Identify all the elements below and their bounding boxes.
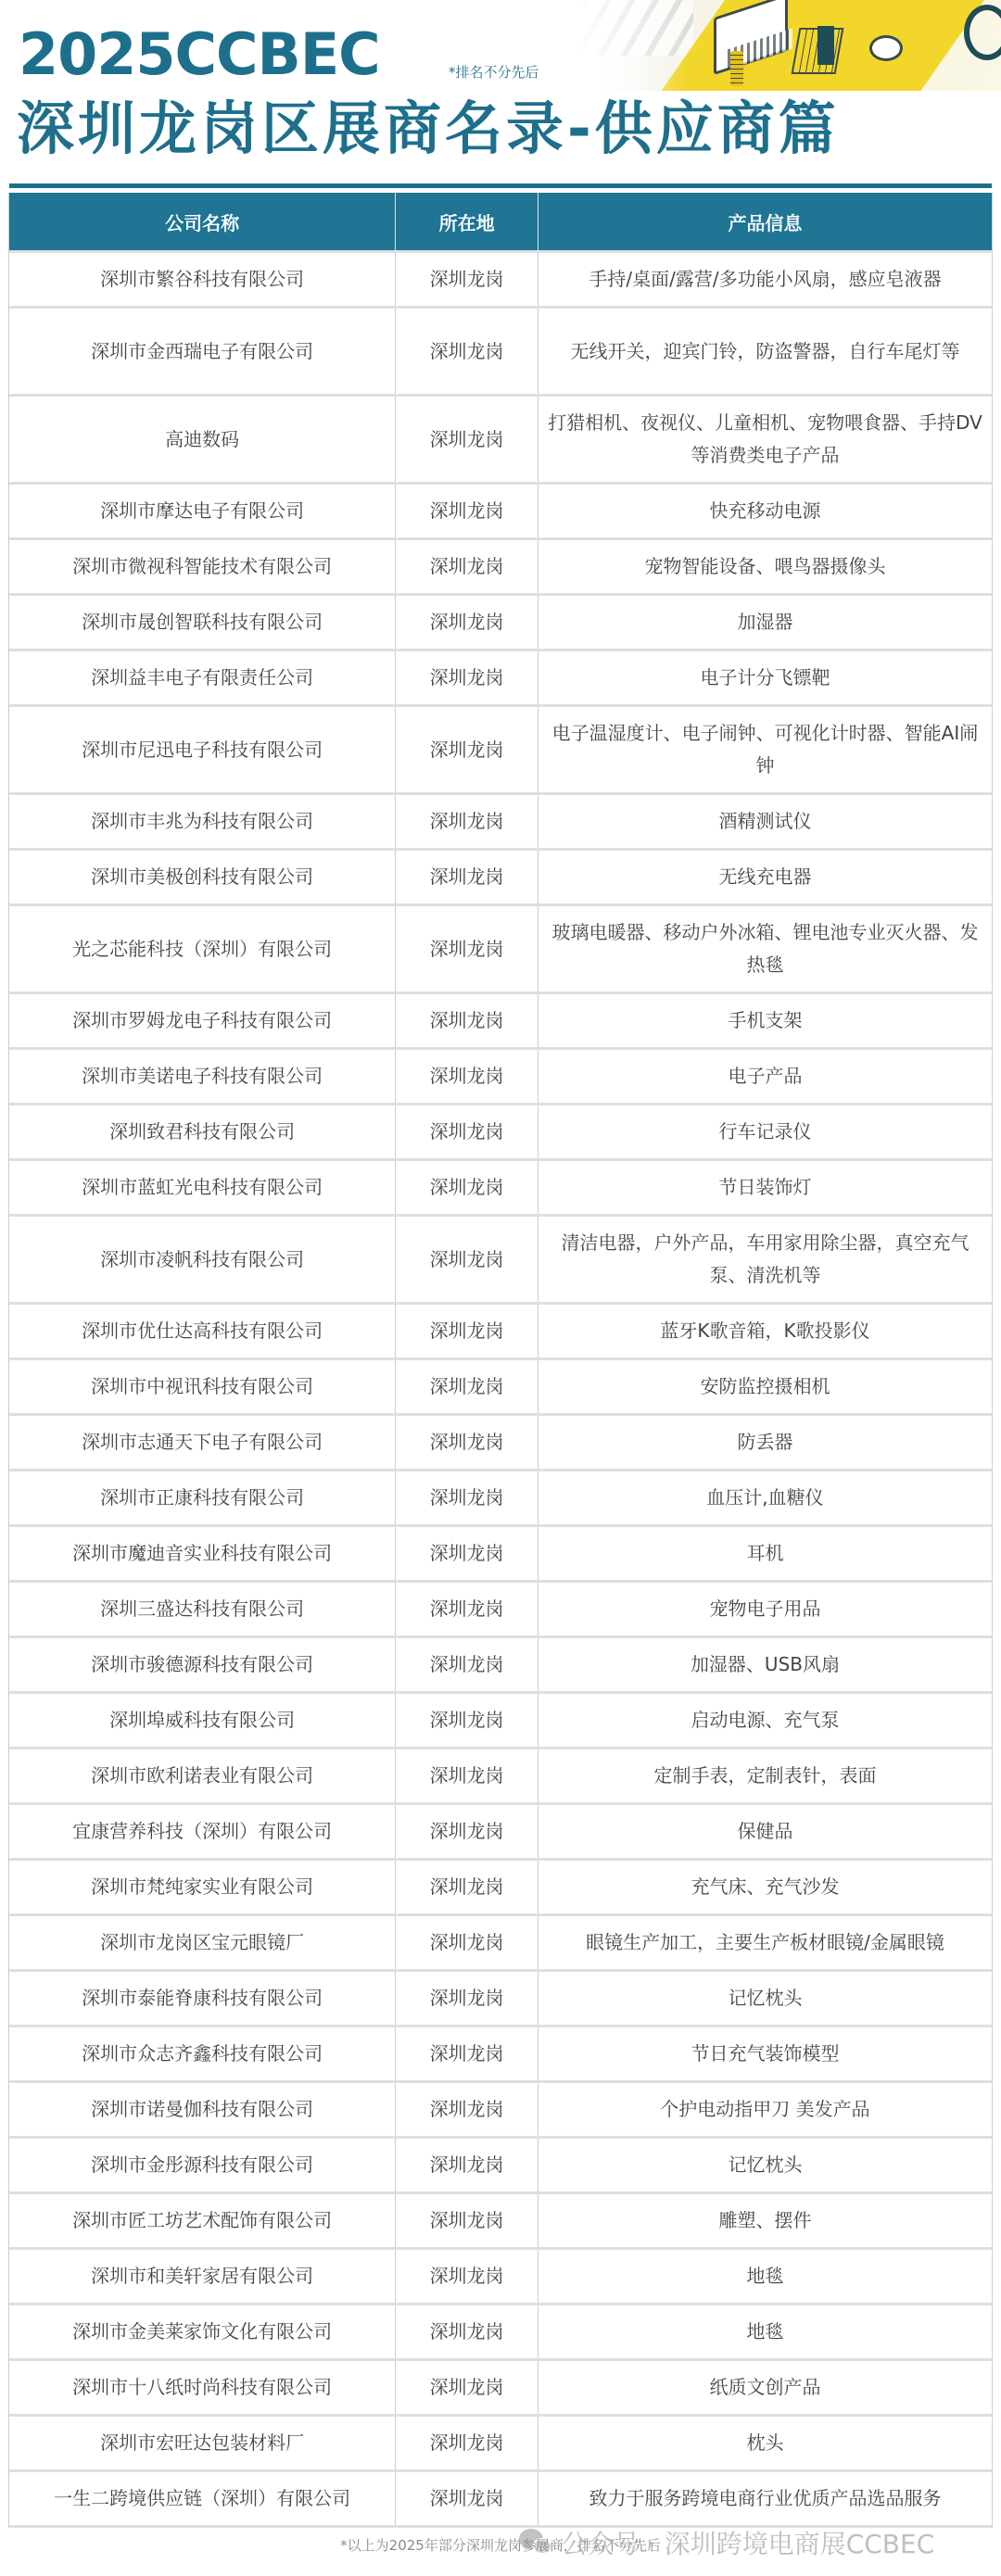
location-cell: 深圳龙岗	[396, 906, 539, 991]
location-cell: 深圳龙岗	[396, 1638, 539, 1691]
exhibitor-table: 公司名称 所在地 产品信息 深圳市繁谷科技有限公司深圳龙岗手持/桌面/露营/多功…	[8, 193, 993, 2528]
table-row: 深圳市金彤源科技有限公司深圳龙岗记忆枕头	[9, 2136, 992, 2191]
table-row: 深圳市金美莱家饰文化有限公司深圳龙岗地毯	[9, 2303, 992, 2358]
table-row: 深圳市尼迅电子科技有限公司深圳龙岗电子温湿度计、电子闹钟、可视化计时器、智能AI…	[9, 704, 992, 792]
location-cell: 深圳龙岗	[396, 1527, 539, 1580]
table-row: 深圳市魔迪音实业科技有限公司深圳龙岗耳机	[9, 1524, 992, 1580]
location-cell: 深圳龙岗	[396, 1161, 539, 1214]
title-english: 2025CCBEC	[19, 26, 380, 83]
products-cell: 手机支架	[539, 994, 992, 1047]
table-row: 深圳益丰电子有限责任公司深圳龙岗电子计分飞镖靶	[9, 649, 992, 704]
table-body: 深圳市繁谷科技有限公司深圳龙岗手持/桌面/露营/多功能小风扇，感应皂液器深圳市金…	[9, 250, 992, 2525]
location-cell: 深圳龙岗	[396, 1105, 539, 1158]
company-cell: 深圳市繁谷科技有限公司	[9, 253, 396, 306]
location-cell: 深圳龙岗	[396, 2305, 539, 2358]
products-cell: 蓝牙K歌音箱，K歌投影仪	[539, 1305, 992, 1357]
table-row: 深圳市金西瑞电子有限公司深圳龙岗无线开关，迎宾门铃，防盗警器，自行车尾灯等	[9, 306, 992, 394]
table-row: 深圳市凌帆科技有限公司深圳龙岗清洁电器，户外产品，车用家用除尘器，真空充气泵、清…	[9, 1214, 992, 1302]
products-cell: 枕头	[539, 2417, 992, 2469]
company-cell: 深圳市优仕达高科技有限公司	[9, 1305, 396, 1357]
table-header: 公司名称 所在地 产品信息	[9, 193, 992, 250]
table-row: 深圳市梵纯家实业有限公司深圳龙岗充气床、充气沙发	[9, 1858, 992, 1913]
company-cell: 深圳市骏德源科技有限公司	[9, 1638, 396, 1691]
products-cell: 雕塑、摆件	[539, 2194, 992, 2247]
products-cell: 加湿器、USB风扇	[539, 1638, 992, 1691]
table-row: 高迪数码深圳龙岗打猎相机、夜视仪、儿童相机、宠物喂食器、手持DV等消费类电子产品	[9, 394, 992, 482]
rank-note: *排名不分先后	[449, 62, 539, 82]
location-cell: 深圳龙岗	[396, 1972, 539, 2025]
products-cell: 节日装饰灯	[539, 1161, 992, 1214]
company-cell: 深圳市中视讯科技有限公司	[9, 1360, 396, 1413]
table-row: 深圳市繁谷科技有限公司深圳龙岗手持/桌面/露营/多功能小风扇，感应皂液器	[9, 250, 992, 306]
company-cell: 深圳益丰电子有限责任公司	[9, 651, 396, 704]
location-cell: 深圳龙岗	[396, 1305, 539, 1357]
location-cell: 深圳龙岗	[396, 2083, 539, 2136]
table-row: 深圳市骏德源科技有限公司深圳龙岗加湿器、USB风扇	[9, 1635, 992, 1691]
table-row: 深圳市和美轩家居有限公司深圳龙岗地毯	[9, 2247, 992, 2303]
products-cell: 加湿器	[539, 596, 992, 649]
location-cell: 深圳龙岗	[396, 540, 539, 593]
hero-banner: 2025CCBEC *排名不分先后 深圳龙岗区展商名录-供应商篇	[0, 0, 1001, 185]
products-cell: 纸质文创产品	[539, 2361, 992, 2414]
location-cell: 深圳龙岗	[396, 397, 539, 482]
products-cell: 个护电动指甲刀 美发产品	[539, 2083, 992, 2136]
table-row: 宜康营养科技（深圳）有限公司深圳龙岗保健品	[9, 1802, 992, 1858]
products-cell: 无线充电器	[539, 851, 992, 903]
company-cell: 深圳市晟创智联科技有限公司	[9, 596, 396, 649]
table-row: 深圳市罗姆龙电子科技有限公司深圳龙岗手机支架	[9, 991, 992, 1047]
company-cell: 深圳市尼迅电子科技有限公司	[9, 707, 396, 792]
products-cell: 致力于服务跨境电商行业优质产品选品服务	[539, 2472, 992, 2525]
location-cell: 深圳龙岗	[396, 651, 539, 704]
products-cell: 电子温湿度计、电子闹钟、可视化计时器、智能AI闹钟	[539, 707, 992, 792]
megaphone-icon	[869, 35, 903, 61]
company-cell: 深圳市志通天下电子有限公司	[9, 1416, 396, 1469]
products-cell: 无线开关，迎宾门铃，防盗警器，自行车尾灯等	[539, 309, 992, 394]
products-cell: 地毯	[539, 2250, 992, 2303]
location-cell: 深圳龙岗	[396, 994, 539, 1047]
location-cell: 深圳龙岗	[396, 795, 539, 848]
company-cell: 深圳市美极创科技有限公司	[9, 851, 396, 903]
column-header-location: 所在地	[396, 193, 539, 250]
company-cell: 深圳市蓝虹光电科技有限公司	[9, 1161, 396, 1214]
table-row: 深圳市美极创科技有限公司深圳龙岗无线充电器	[9, 848, 992, 903]
products-cell: 地毯	[539, 2305, 992, 2358]
location-cell: 深圳龙岗	[396, 1217, 539, 1302]
company-cell: 深圳市龙岗区宝元眼镜厂	[9, 1916, 396, 1969]
location-cell: 深圳龙岗	[396, 1360, 539, 1413]
location-cell: 深圳龙岗	[396, 1694, 539, 1747]
company-cell: 深圳市金彤源科技有限公司	[9, 2139, 396, 2191]
company-cell: 深圳埠威科技有限公司	[9, 1694, 396, 1747]
location-cell: 深圳龙岗	[396, 1050, 539, 1103]
company-cell: 深圳市正康科技有限公司	[9, 1471, 396, 1524]
company-cell: 深圳市摩达电子有限公司	[9, 485, 396, 537]
company-cell: 深圳致君科技有限公司	[9, 1105, 396, 1158]
footnote: *以上为2025年部分深圳龙岗参展商，排名不分先后	[0, 2535, 1001, 2555]
products-cell: 防丢器	[539, 1416, 992, 1469]
products-cell: 眼镜生产加工，主要生产板材眼镜/金属眼镜	[539, 1916, 992, 1969]
location-cell: 深圳龙岗	[396, 2417, 539, 2469]
table-row: 深圳市众志齐鑫科技有限公司深圳龙岗节日充气装饰模型	[9, 2025, 992, 2080]
company-cell: 高迪数码	[9, 397, 396, 482]
location-cell: 深圳龙岗	[396, 2139, 539, 2191]
table-row: 深圳市晟创智联科技有限公司深圳龙岗加湿器	[9, 593, 992, 649]
products-cell: 快充移动电源	[539, 485, 992, 537]
company-cell: 深圳市美诺电子科技有限公司	[9, 1050, 396, 1103]
products-cell: 打猎相机、夜视仪、儿童相机、宠物喂食器、手持DV等消费类电子产品	[539, 397, 992, 482]
company-cell: 一生二跨境供应链（深圳）有限公司	[9, 2472, 396, 2525]
table-row: 深圳市匠工坊艺术配饰有限公司深圳龙岗雕塑、摆件	[9, 2191, 992, 2247]
company-cell: 深圳市魔迪音实业科技有限公司	[9, 1527, 396, 1580]
location-cell: 深圳龙岗	[396, 1416, 539, 1469]
table-row: 深圳市宏旺达包装材料厂深圳龙岗枕头	[9, 2414, 992, 2469]
products-cell: 电子产品	[539, 1050, 992, 1103]
table-row: 深圳市泰能脊康科技有限公司深圳龙岗记忆枕头	[9, 1969, 992, 2025]
products-cell: 宠物电子用品	[539, 1583, 992, 1635]
table-row: 深圳三盛达科技有限公司深圳龙岗宠物电子用品	[9, 1580, 992, 1635]
table-row: 深圳市正康科技有限公司深圳龙岗血压计,血糖仪	[9, 1469, 992, 1524]
products-cell: 记忆枕头	[539, 2139, 992, 2191]
company-cell: 深圳市金西瑞电子有限公司	[9, 309, 396, 394]
location-cell: 深圳龙岗	[396, 253, 539, 306]
table-row: 深圳市优仕达高科技有限公司深圳龙岗蓝牙K歌音箱，K歌投影仪	[9, 1302, 992, 1357]
table-row: 深圳市诺曼伽科技有限公司深圳龙岗个护电动指甲刀 美发产品	[9, 2080, 992, 2136]
company-cell: 深圳市凌帆科技有限公司	[9, 1217, 396, 1302]
company-cell: 深圳市金美莱家饰文化有限公司	[9, 2305, 396, 2358]
location-cell: 深圳龙岗	[396, 2027, 539, 2080]
table-row: 深圳市蓝虹光电科技有限公司深圳龙岗节日装饰灯	[9, 1158, 992, 1214]
location-cell: 深圳龙岗	[396, 1471, 539, 1524]
table-row: 深圳市十八纸时尚科技有限公司深圳龙岗纸质文创产品	[9, 2358, 992, 2414]
table-row: 深圳市志通天下电子有限公司深圳龙岗防丢器	[9, 1413, 992, 1469]
products-cell: 宠物智能设备、喂鸟器摄像头	[539, 540, 992, 593]
table-row: 深圳市龙岗区宝元眼镜厂深圳龙岗眼镜生产加工，主要生产板材眼镜/金属眼镜	[9, 1913, 992, 1969]
products-cell: 记忆枕头	[539, 1972, 992, 2025]
table-row: 深圳市美诺电子科技有限公司深圳龙岗电子产品	[9, 1047, 992, 1103]
location-cell: 深圳龙岗	[396, 1861, 539, 1913]
company-cell: 深圳市诺曼伽科技有限公司	[9, 2083, 396, 2136]
location-cell: 深圳龙岗	[396, 596, 539, 649]
products-cell: 定制手表，定制表针，表面	[539, 1749, 992, 1802]
location-cell: 深圳龙岗	[396, 707, 539, 792]
products-cell: 节日充气装饰模型	[539, 2027, 992, 2080]
location-cell: 深圳龙岗	[396, 1583, 539, 1635]
location-cell: 深圳龙岗	[396, 1916, 539, 1969]
table-row: 深圳市欧利诺表业有限公司深圳龙岗定制手表，定制表针，表面	[9, 1747, 992, 1802]
products-cell: 酒精测试仪	[539, 795, 992, 848]
company-cell: 深圳市众志齐鑫科技有限公司	[9, 2027, 396, 2080]
table-row: 深圳市丰兆为科技有限公司深圳龙岗酒精测试仪	[9, 792, 992, 848]
company-cell: 深圳市欧利诺表业有限公司	[9, 1749, 396, 1802]
products-cell: 电子计分飞镖靶	[539, 651, 992, 704]
products-cell: 安防监控摄相机	[539, 1360, 992, 1413]
company-cell: 深圳市泰能脊康科技有限公司	[9, 1972, 396, 2025]
ecommerce-illustration-icon	[575, 0, 1001, 91]
company-cell: 深圳市微视科智能技术有限公司	[9, 540, 396, 593]
products-cell: 耳机	[539, 1527, 992, 1580]
location-cell: 深圳龙岗	[396, 485, 539, 537]
company-cell: 深圳市和美轩家居有限公司	[9, 2250, 396, 2303]
table-row: 深圳埠威科技有限公司深圳龙岗启动电源、充气泵	[9, 1691, 992, 1747]
company-cell: 深圳市十八纸时尚科技有限公司	[9, 2361, 396, 2414]
company-cell: 宜康营养科技（深圳）有限公司	[9, 1805, 396, 1858]
table-row: 深圳市微视科智能技术有限公司深圳龙岗宠物智能设备、喂鸟器摄像头	[9, 537, 992, 593]
products-cell: 启动电源、充气泵	[539, 1694, 992, 1747]
table-row: 深圳致君科技有限公司深圳龙岗行车记录仪	[9, 1103, 992, 1158]
table-row: 一生二跨境供应链（深圳）有限公司深圳龙岗致力于服务跨境电商行业优质产品选品服务	[9, 2469, 992, 2525]
location-cell: 深圳龙岗	[396, 309, 539, 394]
products-cell: 充气床、充气沙发	[539, 1861, 992, 1913]
location-cell: 深圳龙岗	[396, 2194, 539, 2247]
table-row: 深圳市中视讯科技有限公司深圳龙岗安防监控摄相机	[9, 1357, 992, 1413]
company-cell: 深圳市罗姆龙电子科技有限公司	[9, 994, 396, 1047]
table-row: 光之芯能科技（深圳）有限公司深圳龙岗玻璃电暖器、移动户外冰箱、锂电池专业灭火器、…	[9, 903, 992, 991]
column-header-company: 公司名称	[9, 193, 396, 250]
location-cell: 深圳龙岗	[396, 2472, 539, 2525]
company-cell: 深圳市宏旺达包装材料厂	[9, 2417, 396, 2469]
company-cell: 深圳市匠工坊艺术配饰有限公司	[9, 2194, 396, 2247]
page-title: 深圳龙岗区展商名录-供应商篇	[17, 100, 840, 158]
products-cell: 行车记录仪	[539, 1105, 992, 1158]
company-cell: 深圳市丰兆为科技有限公司	[9, 795, 396, 848]
column-header-products: 产品信息	[539, 193, 992, 250]
location-cell: 深圳龙岗	[396, 851, 539, 903]
products-cell: 玻璃电暖器、移动户外冰箱、锂电池专业灭火器、发热毯	[539, 906, 992, 991]
location-cell: 深圳龙岗	[396, 2250, 539, 2303]
location-cell: 深圳龙岗	[396, 1749, 539, 1802]
company-cell: 深圳三盛达科技有限公司	[9, 1583, 396, 1635]
company-cell: 光之芯能科技（深圳）有限公司	[9, 906, 396, 991]
location-cell: 深圳龙岗	[396, 1805, 539, 1858]
title-divider	[9, 183, 992, 188]
company-cell: 深圳市梵纯家实业有限公司	[9, 1861, 396, 1913]
coin-stack-icon	[730, 51, 743, 86]
location-cell: 深圳龙岗	[396, 2361, 539, 2414]
products-cell: 保健品	[539, 1805, 992, 1858]
table-row: 深圳市摩达电子有限公司深圳龙岗快充移动电源	[9, 482, 992, 537]
products-cell: 手持/桌面/露营/多功能小风扇，感应皂液器	[539, 253, 992, 306]
products-cell: 血压计,血糖仪	[539, 1471, 992, 1524]
products-cell: 清洁电器，户外产品，车用家用除尘器，真空充气泵、清洗机等	[539, 1217, 992, 1302]
